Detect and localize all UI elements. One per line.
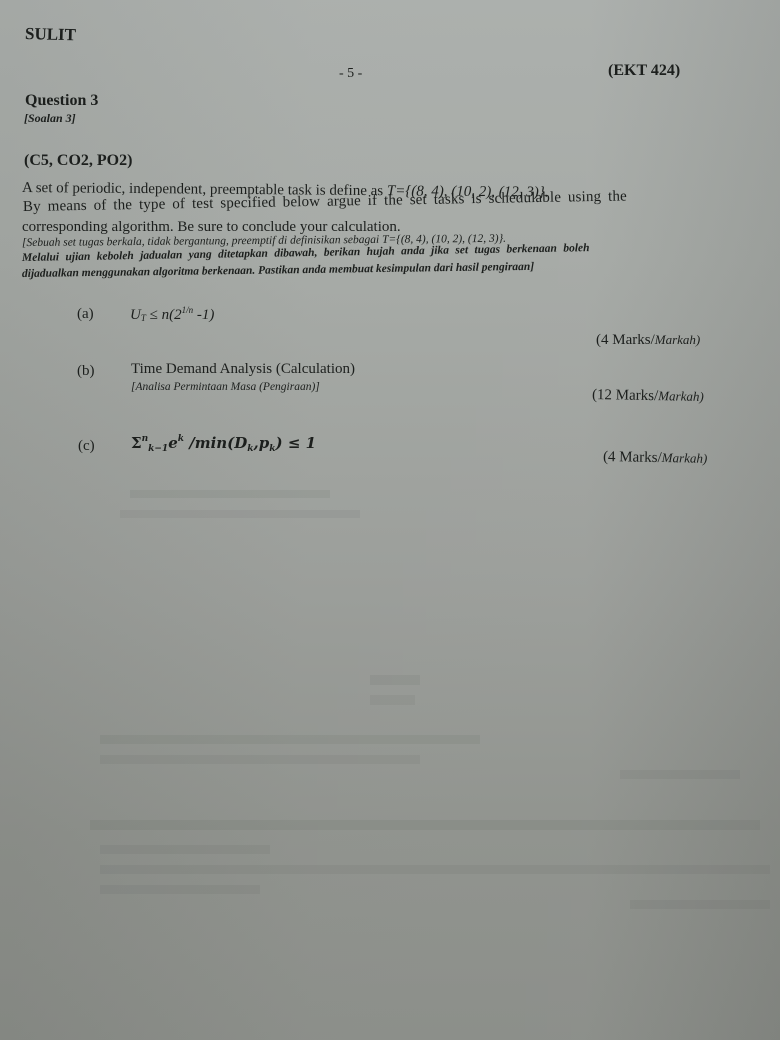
formula-tail: -1) (193, 307, 214, 323)
page-number: - 5 - (339, 66, 362, 82)
part-a-label: (a) (77, 306, 94, 323)
sigma-upper: n (142, 434, 149, 444)
intro-malay-line-3: dijadualkan menggunakan algoritma berken… (22, 261, 534, 280)
bleed-through-mark (100, 735, 480, 744)
question-title: Question 3 (25, 92, 98, 110)
course-code: (EKT 424) (608, 62, 680, 80)
bleed-through-mark (620, 770, 740, 779)
formula-relation: ≤ n(2 (146, 307, 182, 323)
formula-term: e (168, 434, 178, 452)
marks-malay: Markah) (655, 332, 701, 347)
part-c-marks: (4 Marks/Markah) (603, 449, 708, 468)
learning-outcomes: (C5, CO2, PO2) (24, 152, 132, 170)
sigma-lower: k−1 (148, 444, 168, 454)
bleed-through-mark (90, 820, 760, 830)
part-b-marks: (12 Marks/Markah) (592, 387, 704, 406)
bleed-through-mark (630, 900, 770, 909)
bleed-through-mark (100, 845, 270, 854)
formula-exponent: 1/n (182, 305, 194, 315)
bleed-through-mark (370, 695, 415, 705)
part-b-text: Time Demand Analysis (Calculation) (131, 361, 355, 378)
part-c-label: (c) (78, 438, 95, 455)
bleed-through-mark (120, 510, 360, 518)
bleed-through-mark (130, 490, 330, 498)
part-b-label: (b) (77, 363, 95, 380)
formula-close: ) ≤ 1 (276, 434, 317, 452)
formula-divisor: /min(D (184, 434, 247, 452)
sigma-symbol: Σ (131, 434, 142, 452)
bleed-through-mark (370, 675, 420, 685)
bleed-through-mark (100, 885, 260, 894)
bleed-through-mark (100, 755, 420, 764)
marks-malay: Markah) (658, 388, 704, 404)
marks-english: (4 Marks/ (603, 449, 662, 466)
marks-english: (4 Marks/ (596, 332, 655, 348)
classification-label: SULIT (25, 24, 77, 45)
formula-period: ,p (254, 434, 270, 452)
marks-english: (12 Marks/ (592, 387, 659, 404)
part-a-formula: UT ≤ n(21/n -1) (130, 305, 214, 324)
part-c-formula: Σnk−1ek /min(Dk,pk) ≤ 1 (131, 434, 316, 454)
part-a-marks: (4 Marks/Markah) (596, 332, 700, 349)
question-title-malay: [Soalan 3] (24, 111, 76, 126)
part-b-text-malay: [Analisa Permintaan Masa (Pengiraan)] (131, 381, 320, 393)
marks-malay: Markah) (662, 450, 708, 466)
formula-utilization: U (130, 307, 141, 323)
bleed-through-mark (100, 865, 770, 874)
